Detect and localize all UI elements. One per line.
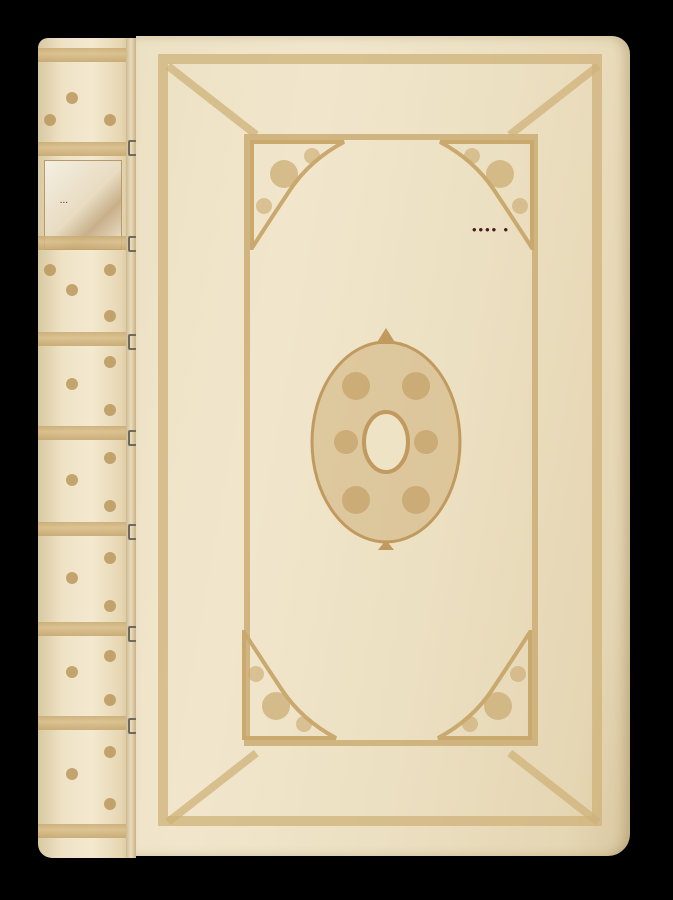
spine-hinge [126, 38, 136, 858]
spine-band [38, 716, 136, 730]
spine-ornament [66, 92, 78, 104]
spine-band [38, 824, 136, 838]
corner-fleuron-icon [250, 140, 346, 250]
spine-ornament [104, 500, 116, 512]
shelf-mark: •••• • [472, 222, 510, 238]
book-photo: ... [0, 0, 673, 900]
spine-label-text: ... [60, 194, 68, 206]
spine-ornament [104, 650, 116, 662]
spine-ornament [66, 666, 78, 678]
spine-ornament [104, 600, 116, 612]
spine-ornament [66, 284, 78, 296]
spine-band [38, 236, 136, 250]
spine-band [38, 522, 136, 536]
spine-ornament [44, 264, 56, 276]
corner-fleuron-icon [242, 630, 338, 740]
spine-ornament [66, 378, 78, 390]
central-oval-stamp-icon [306, 324, 466, 552]
spine-band [38, 48, 136, 62]
spine-ornament [66, 572, 78, 584]
spine-ornament [104, 746, 116, 758]
spine-ornament [66, 768, 78, 780]
spine-ornament [66, 474, 78, 486]
book-spine: ... [38, 38, 136, 858]
front-cover: •••• • [136, 36, 630, 856]
spine-ornament [44, 114, 56, 126]
spine-band [38, 332, 136, 346]
spine-ornament [104, 356, 116, 368]
spine-ornament [104, 452, 116, 464]
spine-ornament [104, 552, 116, 564]
spine-band [38, 426, 136, 440]
spine-ornament [104, 114, 116, 126]
corner-fleuron-icon [436, 630, 532, 740]
spine-ornament [104, 694, 116, 706]
spine-ornament [104, 310, 116, 322]
spine-band [38, 622, 136, 636]
spine-ornament [104, 264, 116, 276]
spine-ornament [104, 798, 116, 810]
spine-ornament [104, 404, 116, 416]
spine-band [38, 142, 136, 156]
